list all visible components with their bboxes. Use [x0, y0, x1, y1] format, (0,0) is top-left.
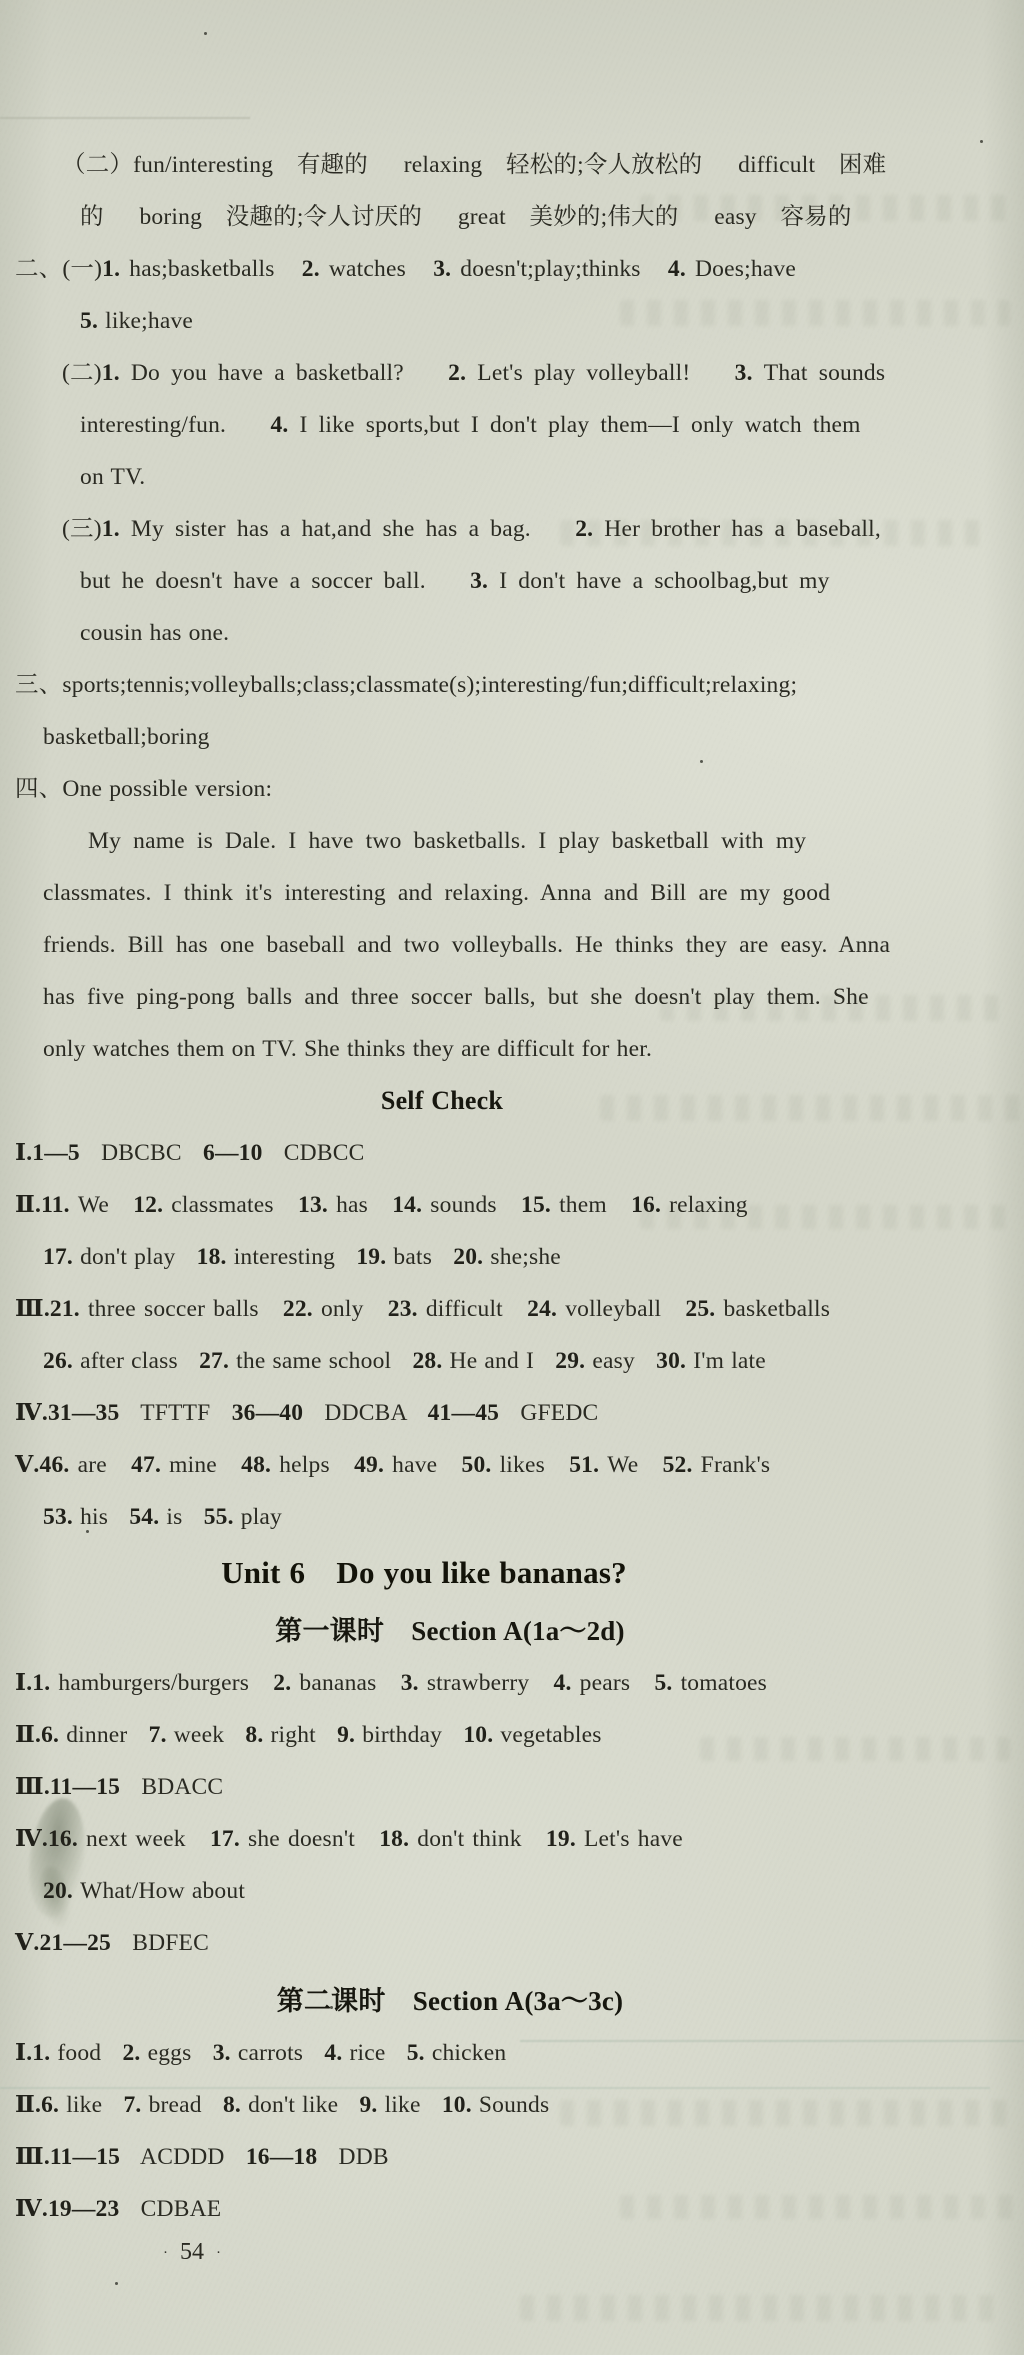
- paper-speck: [115, 2282, 118, 2285]
- text-line-21: Ⅱ.11. We 12. classmates 13. has 14. soun…: [0, 1179, 1024, 1231]
- text-line-7: on TV.: [0, 451, 1024, 503]
- text-line-2: 的 boring 没趣的;令人讨厌的 great 美妙的;伟大的 easy 容易…: [0, 191, 1024, 243]
- text-line-11: 三、sports;tennis;volleyballs;class;classm…: [0, 659, 1024, 711]
- text-line-27: 53. his 54. is 55. play: [0, 1491, 1024, 1543]
- text-line-16: friends. Bill has one baseball and two v…: [0, 919, 1024, 971]
- text-line-39: Ⅲ.11—15 ACDDD 16—18 DDB: [0, 2131, 1024, 2183]
- scan-crease-line: [0, 117, 250, 119]
- text-line-20: Ⅰ.1—5 DBCBC 6—10 CDBCC: [0, 1127, 1024, 1179]
- text-line-31: Ⅱ.6. dinner 7. week 8. right 9. birthday…: [0, 1709, 1024, 1761]
- text-line-6: interesting/fun. 4. I like sports,but I …: [0, 399, 1024, 451]
- paper-speck: [204, 32, 207, 35]
- text-line-25: Ⅳ.31—35 TFTTF 36—40 DDCBA 41—45 GFEDC: [0, 1387, 1024, 1439]
- text-line-13: 四、One possible version:: [0, 763, 1024, 815]
- text-line-3: 二、(一)1. has;basketballs 2. watches 3. do…: [0, 243, 1024, 295]
- footer-dot-right: ·: [216, 2245, 221, 2261]
- text-line-12: basketball;boring: [0, 711, 1024, 763]
- answer-key-content: （二）fun/interesting 有趣的 relaxing 轻松的;令人放松…: [0, 139, 1024, 2278]
- text-line-9: but he doesn't have a soccer ball. 3. I …: [0, 555, 1024, 607]
- text-line-8: (三)1. My sister has a hat,and she has a …: [0, 503, 1024, 555]
- lesson-1-heading: 第一课时 Section A(1a～2d): [0, 1605, 1024, 1657]
- scanned-answer-page: { "page": { "background_color": "#d5d7ca…: [0, 0, 1024, 2355]
- text-line-30: Ⅰ.1. hamburgers/burgers 2. bananas 3. st…: [0, 1657, 1024, 1709]
- text-line-1: （二）fun/interesting 有趣的 relaxing 轻松的;令人放松…: [0, 139, 1024, 191]
- text-line-18: only watches them on TV. She thinks they…: [0, 1023, 1024, 1075]
- text-line-23: Ⅲ.21. three soccer balls 22. only 23. di…: [0, 1283, 1024, 1335]
- page-number: 54: [168, 2239, 216, 2265]
- text-line-38: Ⅱ.6. like 7. bread 8. don't like 9. like…: [0, 2079, 1024, 2131]
- text-line-34: 20. What/How about: [0, 1865, 1024, 1917]
- text-line-24: 26. after class 27. the same school 28. …: [0, 1335, 1024, 1387]
- text-line-4: 5. like;have: [0, 295, 1024, 347]
- text-line-32: Ⅲ.11—15 BDACC: [0, 1761, 1024, 1813]
- text-line-22: 17. don't play 18. interesting 19. bats …: [0, 1231, 1024, 1283]
- text-line-10: cousin has one.: [0, 607, 1024, 659]
- showthrough-text: [520, 2295, 1000, 2321]
- text-line-14: My name is Dale. I have two basketballs.…: [0, 815, 1024, 867]
- unit-6-heading: Unit 6 Do you like bananas?: [0, 1547, 1024, 1599]
- text-line-15: classmates. I think it's interesting and…: [0, 867, 1024, 919]
- text-line-26: Ⅴ.46. are 47. mine 48. helps 49. have 50…: [0, 1439, 1024, 1491]
- text-line-35: Ⅴ.21—25 BDFEC: [0, 1917, 1024, 1969]
- self-check-heading: Self Check: [0, 1075, 1024, 1127]
- text-line-37: Ⅰ.1. food 2. eggs 3. carrots 4. rice 5. …: [0, 2027, 1024, 2079]
- lesson-2-heading: 第二课时 Section A(3a～3c): [0, 1975, 1024, 2027]
- text-line-17: has five ping-pong balls and three socce…: [0, 971, 1024, 1023]
- text-line-33: Ⅳ.16. next week 17. she doesn't 18. don'…: [0, 1813, 1024, 1865]
- text-line-5: (二)1. Do you have a basketball? 2. Let's…: [0, 347, 1024, 399]
